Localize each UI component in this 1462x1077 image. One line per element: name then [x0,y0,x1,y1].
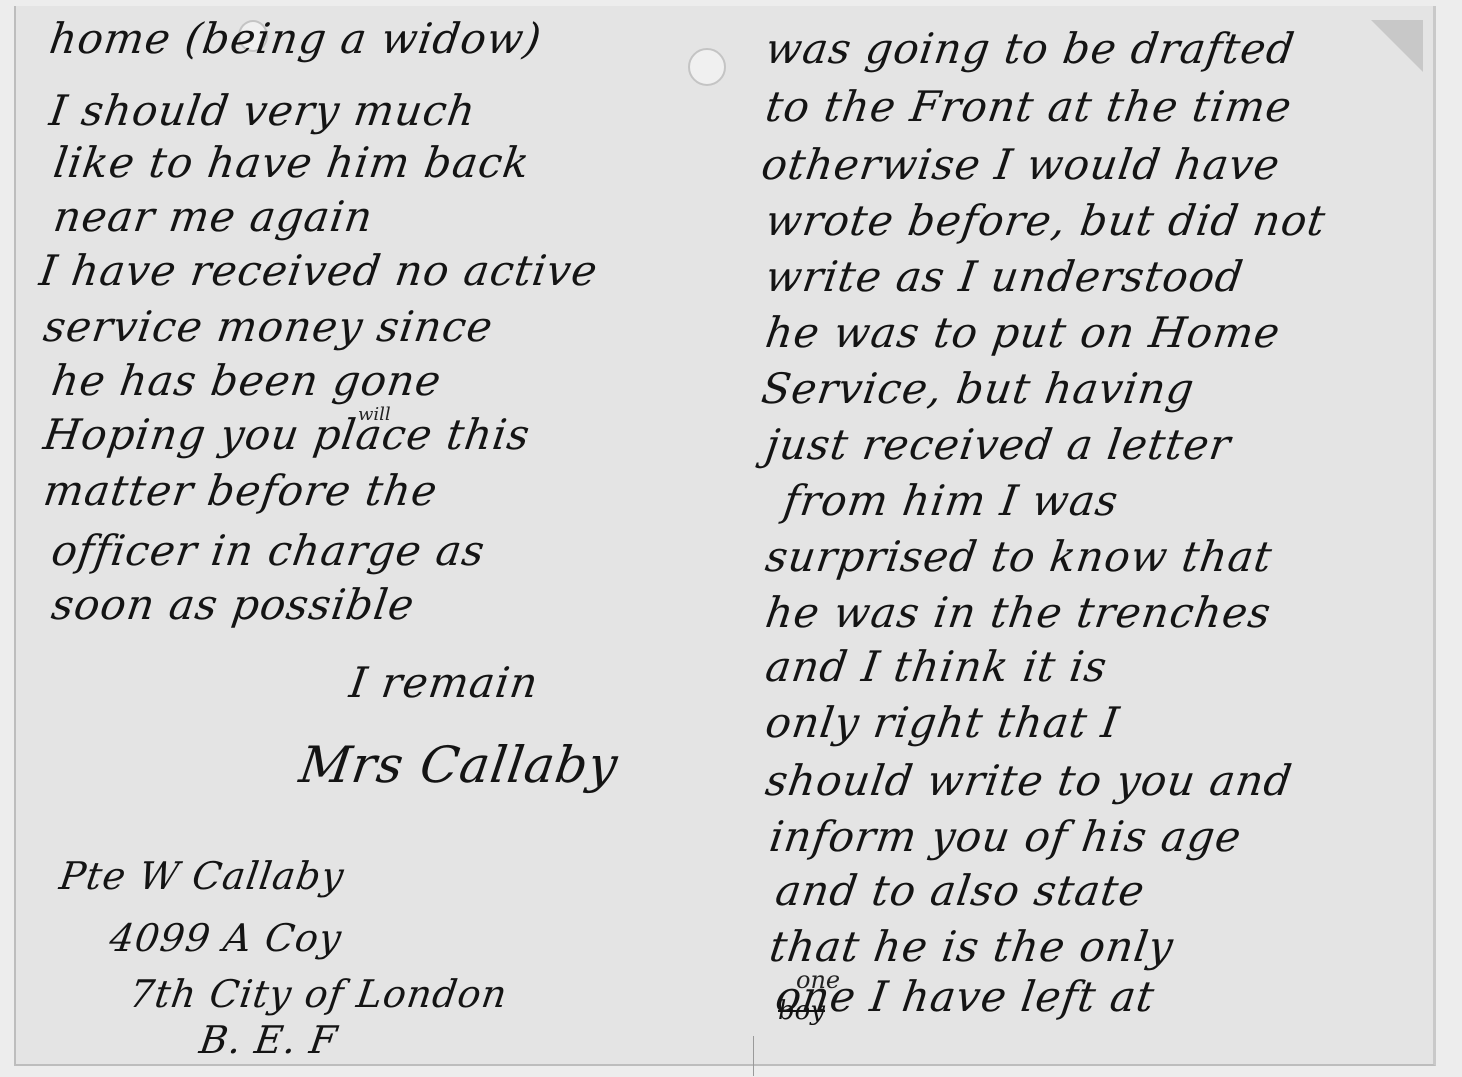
address-line: 7th City of London [127,972,511,1016]
letter-line: wrote before, but did not [763,196,1329,245]
paper-sheet: home (being a widow) I should very much … [14,6,1436,1066]
letter-line: he was in the trenches [763,588,1275,637]
address-line: Pte W Callaby [57,854,347,898]
closing: I remain [347,658,542,707]
letter-line: matter before the [41,466,441,515]
address-line: 4099 A Coy [107,916,345,960]
punch-hole-center [688,48,726,86]
letter-line: inform you of his age [767,812,1245,861]
letter-line: and I think it is [763,642,1111,691]
letter-line: like to have him back [51,138,534,187]
letter-line: I should very much [47,86,480,135]
letter-line: home (being a widow) [47,14,545,63]
letter-line: only right that I [763,698,1123,747]
letter-line: surprised to know that [763,532,1276,581]
letter-line: write as I understood [763,252,1247,301]
letter-line: otherwise I would have [759,140,1284,189]
letter-line: should write to you and [763,756,1296,805]
letter-line: officer in charge as [49,526,489,575]
letter-line: just received a letter [763,420,1235,469]
letter-line: he was to put on Home [763,308,1284,357]
letter-line: was going to be drafted [763,24,1298,73]
letter-line: Hoping you place this [41,410,534,459]
letter-line: one I have left at [773,972,1158,1021]
letter-line: I have received no active [37,246,602,295]
page-divider [753,1036,754,1076]
letter-line: Service, but having [759,364,1198,413]
letter-line: soon as possible [49,580,418,629]
letter-line: and to also state [773,866,1149,915]
letter-line: service money since [41,302,497,351]
letter-line: from him I was [781,476,1122,525]
scanned-letter: home (being a widow) I should very much … [0,0,1462,1077]
letter-line: that he is the only [767,922,1177,971]
letter-line: to the Front at the time [763,82,1296,131]
signature: Mrs Callaby [296,736,622,794]
address-line: B. E. F [197,1018,341,1062]
folded-corner [1371,20,1423,72]
letter-line: near me again [51,192,377,241]
letter-line: he has been gone [49,356,445,405]
